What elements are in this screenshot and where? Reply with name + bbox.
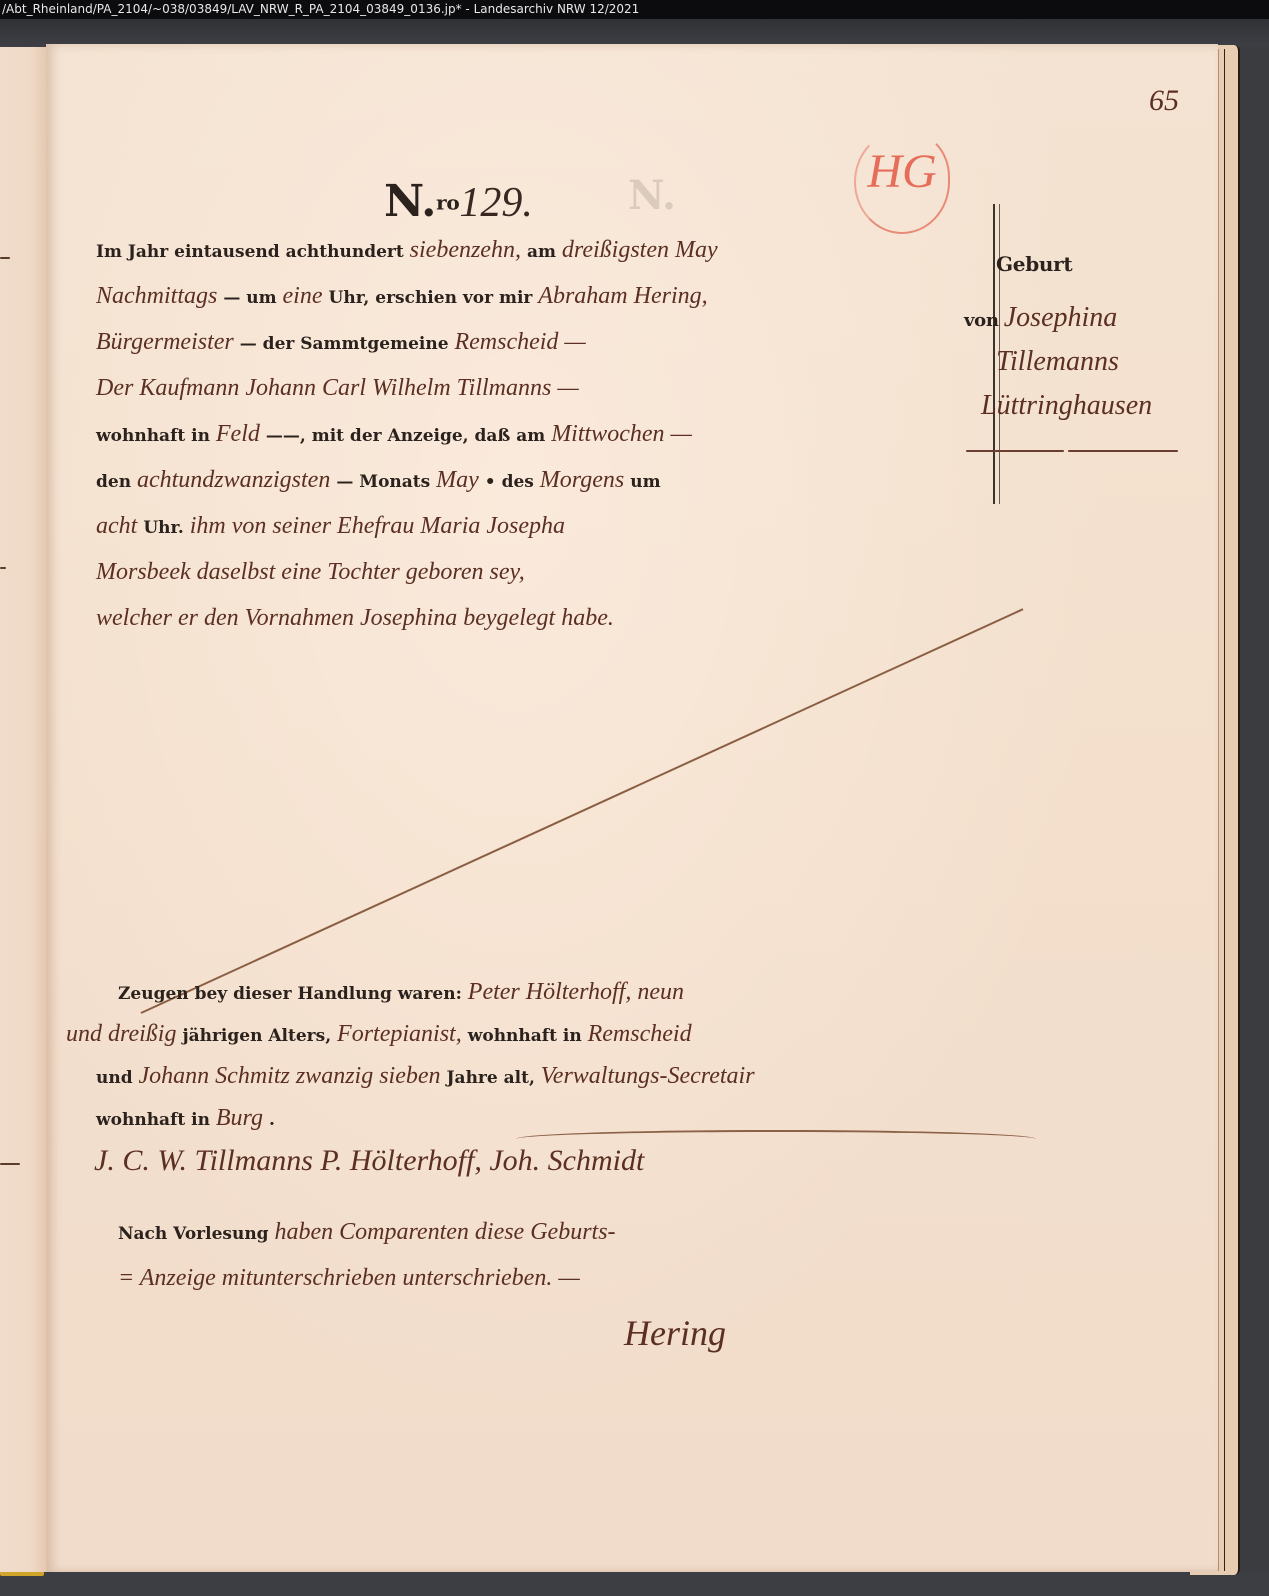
archive-stamp: HG	[854, 130, 950, 234]
handwritten-text: May	[436, 467, 485, 493]
diagonal-strike-line	[141, 608, 1024, 1014]
handwritten-text: Remscheid	[588, 1021, 692, 1047]
printed-text: ——, mit der Anzeige, daß am	[266, 426, 551, 446]
margin-child-surname: Tillemanns	[996, 346, 1119, 378]
printed-text: Uhr.	[143, 518, 189, 538]
handwritten-text: Bürgermeister	[96, 329, 240, 355]
entry-number-superscript: ro	[436, 191, 459, 215]
bleed-through-mark: N.	[628, 172, 676, 219]
handwritten-text: Nachmittags	[96, 283, 223, 309]
margin-child-name: von Josephina	[964, 302, 1117, 334]
handwritten-text: Morsbeek daselbst eine Tochter geboren s…	[96, 559, 525, 585]
text-line: wohnhaft in Burg .	[96, 1105, 275, 1132]
printed-text: • des	[485, 472, 540, 492]
handwritten-text: haben Comparenten diese Geburts-	[274, 1219, 615, 1245]
printed-text: Nach Vorlesung	[118, 1224, 274, 1244]
printed-text: und	[96, 1068, 139, 1088]
printed-text: Jahre alt,	[447, 1068, 541, 1088]
handwritten-text: Johann Schmitz zwanzig sieben	[139, 1063, 447, 1089]
printed-text: wohnhaft in	[96, 1110, 216, 1130]
handwritten-text: Morgens	[540, 467, 630, 493]
printed-text: — Monats	[336, 472, 436, 492]
printed-text: wohnhaft in	[96, 426, 216, 446]
printed-text: — um	[223, 288, 282, 308]
previous-page-edge	[0, 47, 46, 1572]
printed-text: am	[527, 242, 562, 262]
handwritten-text: = Anzeige mitunterschrieben unterschrieb…	[118, 1265, 580, 1291]
text-line: Nach Vorlesung haben Comparenten diese G…	[118, 1219, 616, 1246]
text-line: Morsbeek daselbst eine Tochter geboren s…	[96, 559, 525, 586]
margin-underline	[966, 450, 1064, 452]
handwritten-text: dreißigsten May	[562, 237, 718, 263]
text-line: acht Uhr. ihm von seiner Ehefrau Maria J…	[96, 513, 565, 540]
handwritten-text: Burg	[216, 1105, 269, 1131]
mayor-signature: Hering	[624, 1312, 726, 1354]
printed-text: jährigen Alters,	[182, 1026, 337, 1046]
handwritten-text: Mittwochen —	[551, 421, 692, 447]
entry-number: N.ro129.	[384, 176, 533, 227]
handwritten-text: und dreißig	[66, 1021, 182, 1047]
text-line: Im Jahr eintausend achthundert siebenzeh…	[96, 237, 718, 264]
margin-heading: Geburt	[996, 252, 1072, 276]
handwritten-text: welcher er den Vornahmen Josephina beyge…	[96, 605, 614, 631]
text-line: Der Kaufmann Johann Carl Wilhelm Tillman…	[96, 375, 579, 402]
window-title-bar: /Abt_Rheinland/PA_2104/~038/03849/LAV_NR…	[0, 0, 1269, 19]
window-title: /Abt_Rheinland/PA_2104/~038/03849/LAV_NR…	[2, 2, 639, 16]
printed-text: um	[630, 472, 660, 492]
handwritten-text: Fortepianist,	[337, 1021, 468, 1047]
image-viewport[interactable]: 65 N. HG N.ro129. Geburt von Josephina T…	[0, 19, 1269, 1596]
text-line: Bürgermeister — der Sammtgemeine Remsche…	[96, 329, 586, 356]
margin-underline	[1068, 450, 1178, 452]
text-line: den achtundzwanzigsten — Monats May • de…	[96, 467, 661, 494]
margin-von-label: von	[964, 310, 999, 331]
printed-text: Zeugen bey dieser Handlung waren:	[118, 984, 468, 1004]
text-line: wohnhaft in Feld ——, mit der Anzeige, da…	[96, 421, 692, 448]
book-binding-top	[0, 19, 1269, 47]
handwritten-text: siebenzehn,	[410, 237, 527, 263]
handwritten-text: Peter Hölterhoff, neun	[468, 979, 684, 1005]
handwritten-text: achtundzwanzigsten	[137, 467, 336, 493]
handwritten-text: ihm von seiner Ehefrau Maria Josepha	[190, 513, 565, 539]
text-line: und dreißig jährigen Alters, Fortepianis…	[66, 1021, 692, 1048]
printed-text: den	[96, 472, 137, 492]
handwritten-text: eine	[283, 283, 329, 309]
margin-place: Lüttringhausen	[981, 390, 1152, 422]
printed-text: wohnhaft in	[468, 1026, 588, 1046]
printed-text: Im Jahr eintausend achthundert	[96, 242, 410, 262]
entry-number-value: 129.	[459, 180, 533, 226]
handwritten-text: Abraham Hering,	[538, 283, 707, 309]
handwritten-text: Remscheid —	[454, 329, 585, 355]
handwritten-text: Verwaltungs-Secretair	[541, 1063, 755, 1089]
book-binding-bottom	[0, 1572, 1269, 1596]
folio-number: 65	[1149, 84, 1179, 118]
text-line: Zeugen bey dieser Handlung waren: Peter …	[118, 979, 684, 1006]
text-line: welcher er den Vornahmen Josephina beyge…	[96, 605, 614, 632]
document-page: 65 N. HG N.ro129. Geburt von Josephina T…	[46, 44, 1218, 1572]
signatures-line: J. C. W. Tillmanns P. Hölterhoff, Joh. S…	[94, 1144, 644, 1178]
printed-text: Uhr, erschien vor mir	[329, 288, 539, 308]
entry-number-prefix: N.	[384, 176, 436, 227]
text-line: und Johann Schmitz zwanzig sieben Jahre …	[96, 1063, 755, 1090]
printed-text: — der Sammtgemeine	[240, 334, 455, 354]
text-line: = Anzeige mitunterschrieben unterschrieb…	[118, 1265, 580, 1292]
margin-child-first-name: Josephina	[1004, 302, 1118, 333]
handwritten-text: acht	[96, 513, 143, 539]
text-line: Nachmittags — um eine Uhr, erschien vor …	[96, 283, 708, 310]
printed-text: .	[269, 1110, 275, 1130]
handwritten-text: Der Kaufmann Johann Carl Wilhelm Tillman…	[96, 375, 579, 401]
handwritten-text: Feld	[216, 421, 266, 447]
